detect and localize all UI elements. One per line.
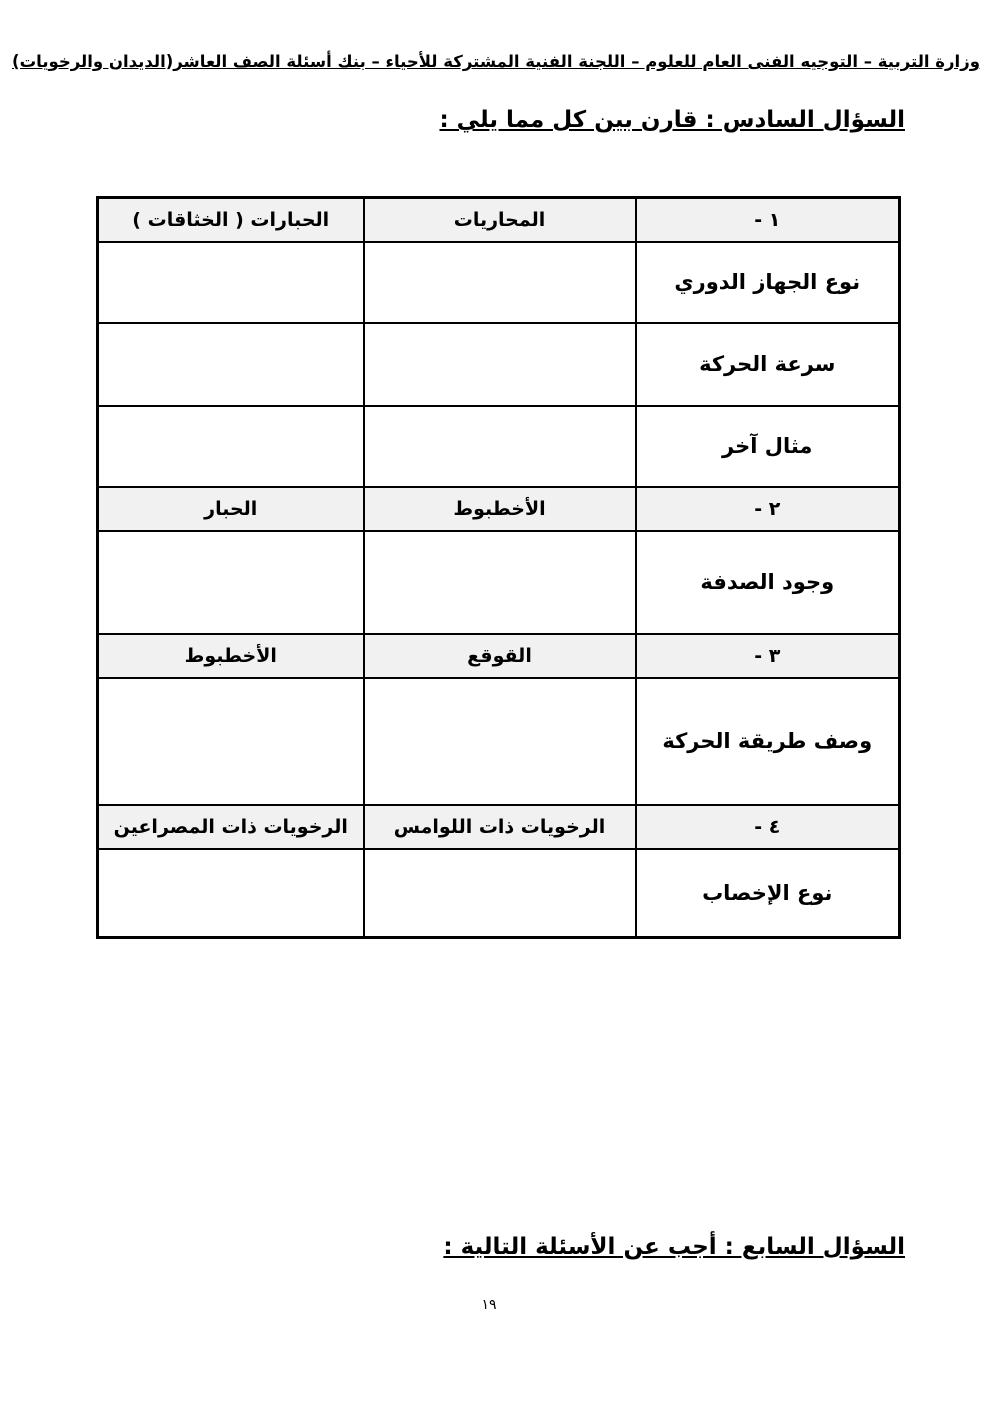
empty-answer-cell <box>364 678 636 805</box>
table-row: وجود الصدفة <box>98 531 900 634</box>
compare-item-cell: المحاريات <box>364 198 636 242</box>
compare-item-cell: الحبارات ( الخثاقات ) <box>98 198 364 242</box>
criterion-cell: نوع الجهاز الدوري <box>636 242 900 323</box>
table-row: نوع الجهاز الدوري <box>98 242 900 323</box>
table-row: مثال آخر <box>98 406 900 487</box>
criterion-cell: وصف طريقة الحركة <box>636 678 900 805</box>
empty-answer-cell <box>98 406 364 487</box>
empty-answer-cell <box>364 531 636 634</box>
question6-title: السؤال السادس : قارن بين كل مما يلي : <box>439 107 905 133</box>
row-number-cell: ٣ - <box>636 634 900 678</box>
compare-item-cell: القوقع <box>364 634 636 678</box>
table-row: ١ - المحاريات الحبارات ( الخثاقات ) <box>98 198 900 242</box>
compare-item-cell: الرخويات ذات المصراعين <box>98 805 364 849</box>
row-number-cell: ٤ - <box>636 805 900 849</box>
document-header-line: وزارة التربية – التوجيه الفنى العام للعل… <box>0 52 992 71</box>
comparison-table: ١ - المحاريات الحبارات ( الخثاقات ) نوع … <box>96 196 901 939</box>
criterion-cell: مثال آخر <box>636 406 900 487</box>
comparison-table-grid: ١ - المحاريات الحبارات ( الخثاقات ) نوع … <box>96 196 901 939</box>
page-number: ١٩ <box>0 1297 978 1313</box>
table-row: ٤ - الرخويات ذات اللوامس الرخويات ذات ال… <box>98 805 900 849</box>
criterion-cell: نوع الإخصاب <box>636 849 900 938</box>
empty-answer-cell <box>98 242 364 323</box>
empty-answer-cell <box>98 849 364 938</box>
criterion-cell: سرعة الحركة <box>636 323 900 406</box>
table-row: وصف طريقة الحركة <box>98 678 900 805</box>
compare-item-cell: الأخطبوط <box>364 487 636 531</box>
table-row: نوع الإخصاب <box>98 849 900 938</box>
row-number-cell: ١ - <box>636 198 900 242</box>
empty-answer-cell <box>364 323 636 406</box>
compare-item-cell: الرخويات ذات اللوامس <box>364 805 636 849</box>
empty-answer-cell <box>364 242 636 323</box>
empty-answer-cell <box>364 849 636 938</box>
question7-title: السؤال السابع : أجب عن الأسئلة التالية : <box>443 1234 905 1260</box>
document-page: وزارة التربية – التوجيه الفنى العام للعل… <box>0 0 992 1403</box>
empty-answer-cell <box>98 678 364 805</box>
empty-answer-cell <box>98 323 364 406</box>
empty-answer-cell <box>98 531 364 634</box>
table-row: سرعة الحركة <box>98 323 900 406</box>
criterion-cell: وجود الصدفة <box>636 531 900 634</box>
table-row: ٣ - القوقع الأخطبوط <box>98 634 900 678</box>
compare-item-cell: الأخطبوط <box>98 634 364 678</box>
table-row: ٢ - الأخطبوط الحبار <box>98 487 900 531</box>
empty-answer-cell <box>364 406 636 487</box>
row-number-cell: ٢ - <box>636 487 900 531</box>
compare-item-cell: الحبار <box>98 487 364 531</box>
